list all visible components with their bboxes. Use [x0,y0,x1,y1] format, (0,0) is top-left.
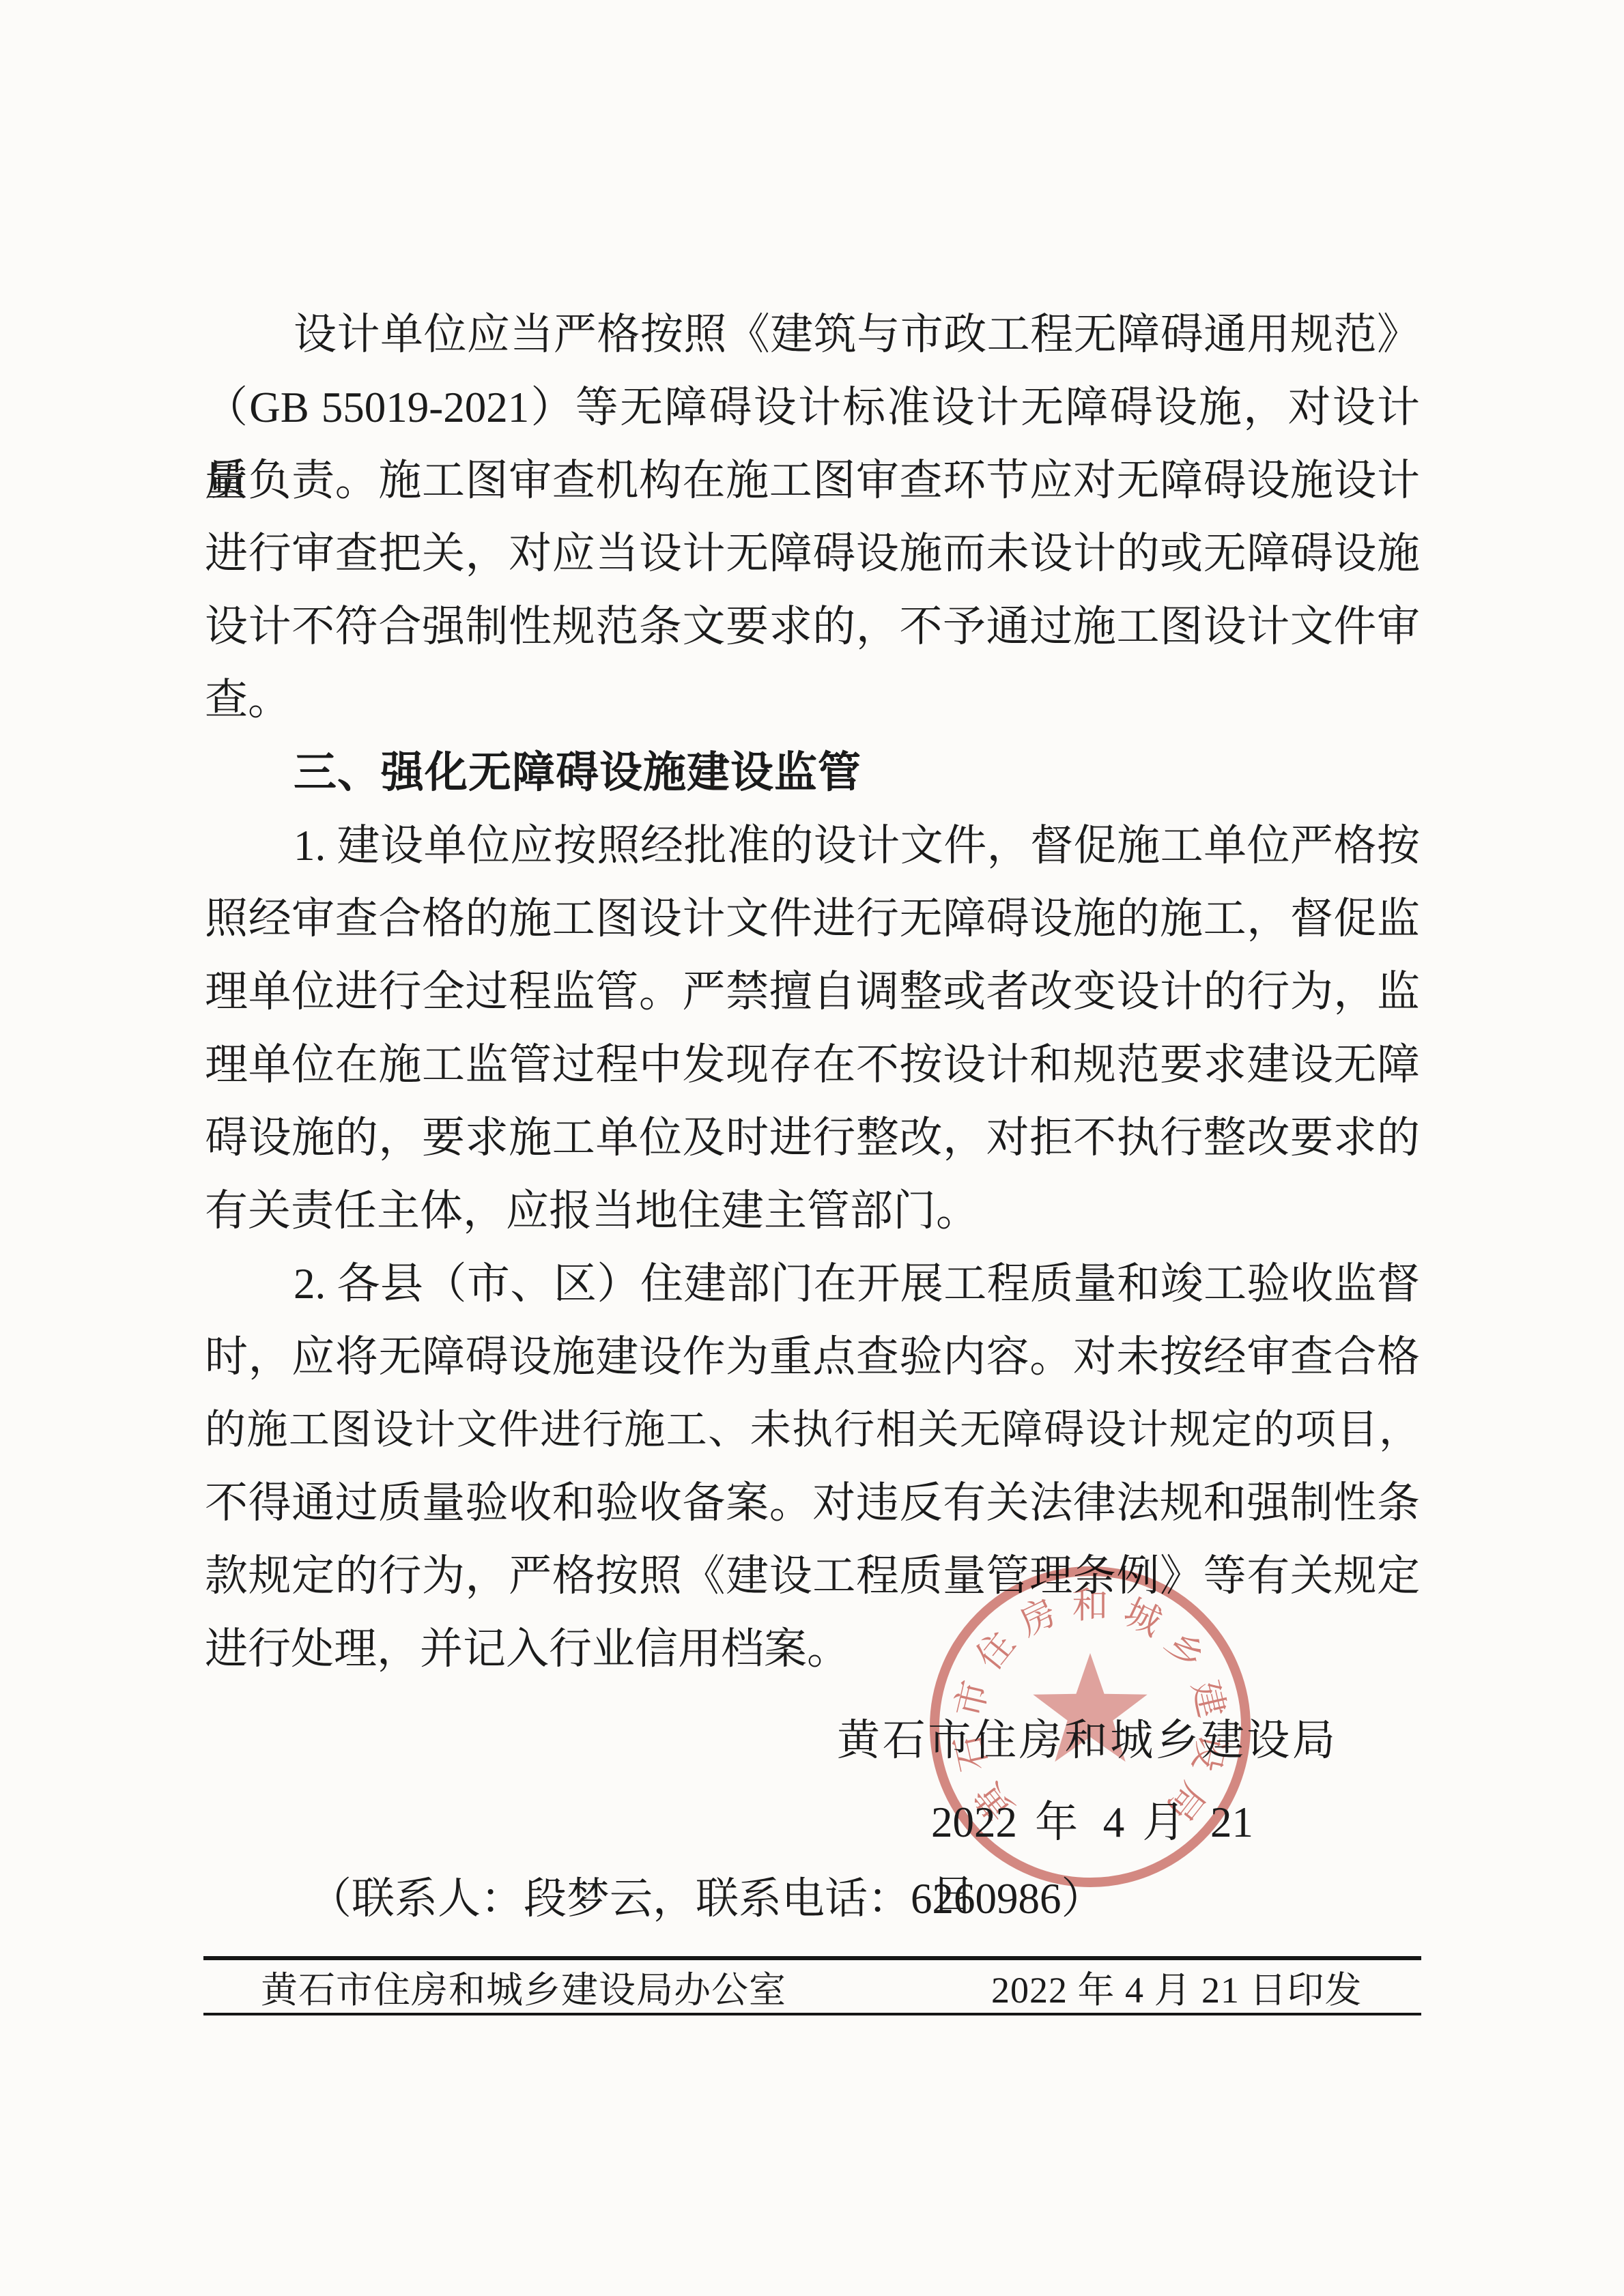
body-line: 2. 各县（市、区）住建部门在开展工程质量和竣工验收监督 [294,1248,1420,1321]
body-line: 设计不符合强制性规范条文要求的，不予通过施工图设计文件审 [205,590,1420,663]
body-line: 不得通过质量验收和验收备案。对违反有关法律法规和强制性条 [205,1467,1420,1540]
contact-line: （联系人：段梦云，联系电话：6260986） [309,1863,1105,1936]
signature-date: 2022 年 4 月 21 日 [931,1786,1253,1859]
body-line: 的施工图设计文件进行施工、未执行相关无障碍设计规定的项目， [205,1394,1420,1467]
footer-print-date: 2022 年 4 月 21 日印发 [991,1972,1363,2009]
body-line: 量负责。施工图审查机构在施工图审查环节应对无障碍设施设计 [205,444,1420,517]
body-line: 款规定的行为，严格按照《建设工程质量管理条例》等有关规定 [205,1540,1420,1613]
section-heading: 三、强化无障碍设施建设监管 [294,736,1420,809]
body-line: 查。 [205,663,1420,736]
body-line: （GB 55019-2021）等无障碍设计标准设计无障碍设施，对设计质 [205,371,1420,444]
body-line: 理单位进行全过程监管。严禁擅自调整或者改变设计的行为，监 [205,956,1420,1029]
body-line: 有关责任主体，应报当地住建主管部门。 [205,1175,1420,1248]
footer-office: 黄石市住房和城乡建设局办公室 [261,1972,786,2009]
footer-divider-top [203,1956,1421,1960]
signature-agency: 黄石市住房和城乡建设局 [837,1704,1335,1777]
body-line: 碍设施的，要求施工单位及时进行整改，对拒不执行整改要求的 [205,1102,1420,1175]
body-line: 1. 建设单位应按照经批准的设计文件，督促施工单位严格按 [294,809,1420,882]
body-line: 时，应将无障碍设施建设作为重点查验内容。对未按经审查合格 [205,1321,1420,1394]
body-line: 进行处理，并记入行业信用档案。 [205,1613,1420,1686]
body-line: 设计单位应当严格按照《建筑与市政工程无障碍通用规范》 [294,298,1420,371]
footer-divider-bottom [203,2013,1421,2015]
document-page: 设计单位应当严格按照《建筑与市政工程无障碍通用规范》 （GB 55019-202… [0,0,1624,2296]
body-line: 照经审查合格的施工图设计文件进行无障碍设施的施工，督促监 [205,882,1420,956]
body-line: 理单位在施工监管过程中发现存在不按设计和规范要求建设无障 [205,1029,1420,1102]
body-line: 进行审查把关，对应当设计无障碍设施而未设计的或无障碍设施 [205,517,1420,590]
